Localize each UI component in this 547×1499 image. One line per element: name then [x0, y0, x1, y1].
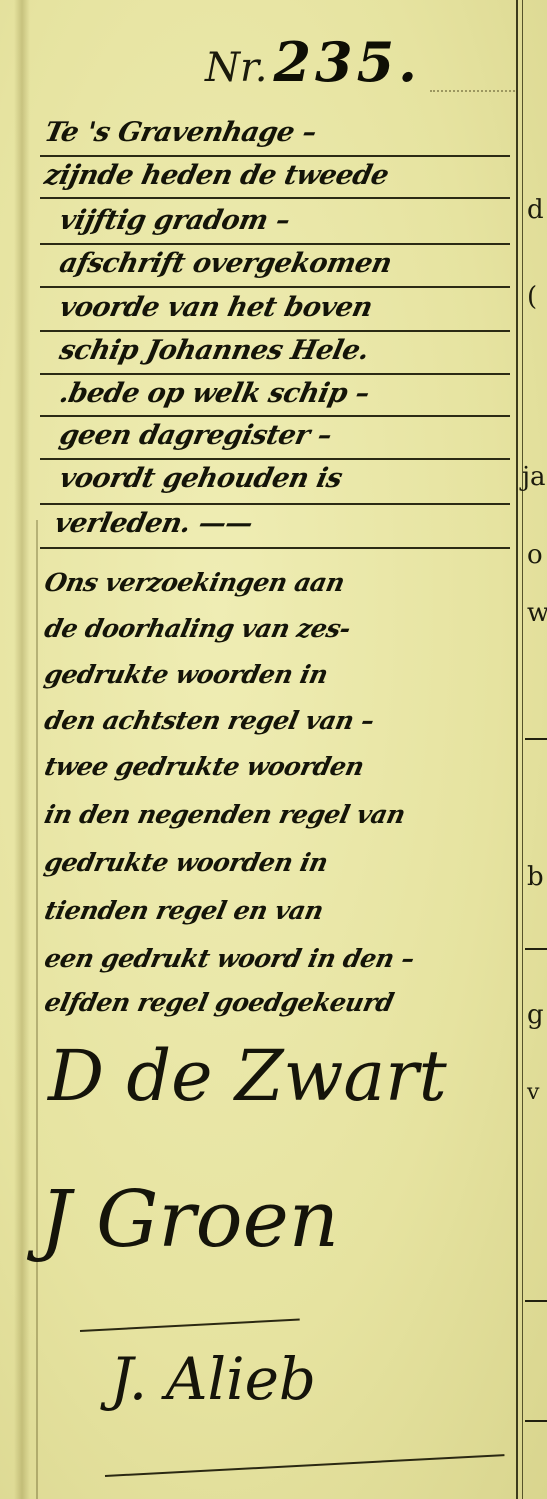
- record-number-label: Nr.: [205, 45, 267, 91]
- ruled-line: [40, 373, 510, 375]
- annotation-line: in den negenden regel van: [42, 800, 408, 829]
- ruled-line: [40, 458, 510, 460]
- entry-line: zijnde heden de tweede: [42, 160, 392, 191]
- signature-1: D de Zwart: [48, 1035, 447, 1117]
- ruled-line: [40, 155, 510, 157]
- register-page: Nr. 235. Te 's Gravenhage – zijnde heden…: [0, 0, 547, 1499]
- margin-dash: [525, 1420, 547, 1422]
- left-margin-rule: [36, 520, 38, 1499]
- closing-rule: [105, 1454, 505, 1477]
- margin-dash: [525, 738, 547, 740]
- ruled-line: [40, 547, 510, 549]
- margin-fragment: o: [527, 540, 543, 570]
- margin-fragment: ja: [522, 462, 546, 492]
- annotation-line: elfden regel goedgekeurd: [42, 988, 396, 1017]
- column-divider: [516, 0, 518, 1499]
- signature-underline: [80, 1318, 300, 1332]
- annotation-line: gedrukte woorden in: [42, 660, 330, 689]
- page-fold-shadow: [14, 0, 30, 1499]
- annotation-line: den achtsten regel van –: [42, 706, 377, 735]
- annotation-line: twee gedrukte woorden: [42, 752, 367, 781]
- margin-dash: [525, 1300, 547, 1302]
- dotted-leader: [430, 90, 515, 92]
- entry-line: afschrift overgekomen: [57, 248, 395, 279]
- margin-fragment: w: [527, 598, 547, 628]
- column-divider-inner: [522, 0, 523, 1499]
- annotation-line: gedrukte woorden in: [42, 848, 330, 877]
- entry-line: Te 's Gravenhage –: [42, 117, 319, 148]
- margin-fragment: d: [527, 195, 544, 225]
- entry-line: geen dagregister –: [57, 420, 335, 451]
- entry-line: voordt gehouden is: [57, 463, 345, 494]
- annotation-line: Ons verzoekingen aan: [42, 568, 347, 597]
- annotation-line: een gedrukt woord in den –: [42, 944, 417, 973]
- margin-fragment: (: [527, 282, 537, 312]
- ruled-line: [40, 503, 510, 505]
- annotation-line: tienden regel en van: [42, 896, 326, 925]
- margin-fragment: v: [527, 1080, 539, 1105]
- ruled-line: [40, 330, 510, 332]
- signature-3: J. Alieb: [110, 1345, 316, 1413]
- margin-dash: [525, 948, 547, 950]
- margin-fragment: b: [527, 862, 544, 892]
- ruled-line: [40, 243, 510, 245]
- record-number: 235.: [273, 30, 421, 94]
- record-number-heading: Nr. 235.: [205, 30, 421, 100]
- entry-line: .bede op welk schip –: [57, 378, 372, 409]
- annotation-line: de doorhaling van zes-: [42, 614, 353, 643]
- entry-line: vijftig gradom –: [57, 205, 293, 236]
- ruled-line: [40, 197, 510, 199]
- entry-line: voorde van het boven: [57, 292, 375, 323]
- signature-2: J Groen: [40, 1175, 339, 1265]
- entry-line: schip Johannes Hele.: [57, 335, 372, 366]
- ruled-line: [40, 415, 510, 417]
- margin-fragment: g: [527, 1000, 544, 1030]
- ruled-line: [40, 286, 510, 288]
- entry-line: verleden. ——: [52, 508, 256, 539]
